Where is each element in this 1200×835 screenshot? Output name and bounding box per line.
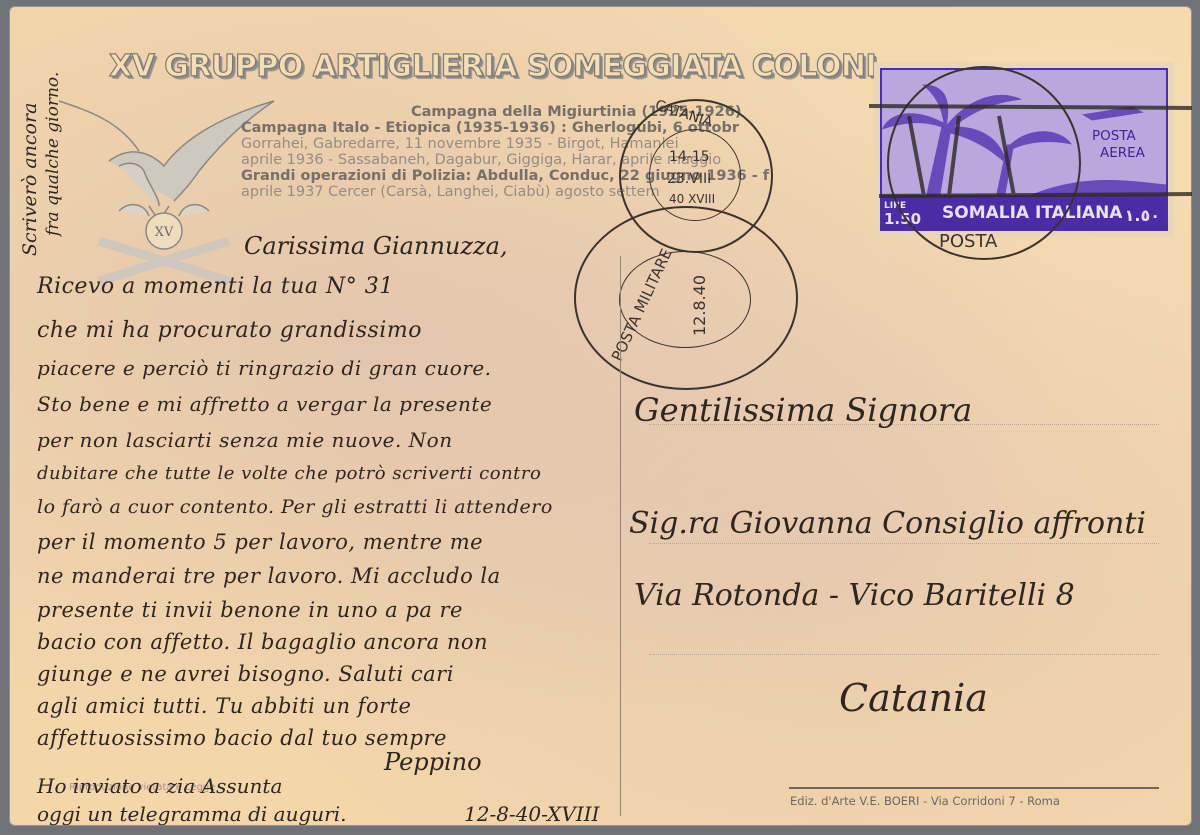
message-line: piacere e perciò ti ringrazio di gran cu… xyxy=(37,356,492,380)
side-note: fra qualche giorno. xyxy=(43,72,63,236)
message-line: giunge e ne avrei bisogno. Saluti cari xyxy=(37,662,454,686)
campaign-line: aprile 1936 - Sassabaneh, Dagabur, Giggi… xyxy=(241,152,881,168)
postscript-line: oggi un telegramma di auguri. xyxy=(37,802,346,826)
campaign-line: Gorrahei, Gabredarre, 11 novembre 1935 -… xyxy=(241,136,881,152)
address-rule xyxy=(649,654,1159,655)
cancellation-lines-icon xyxy=(869,86,1192,206)
message-line: affettuosissimo bacio dal tuo sempre xyxy=(37,726,447,750)
message-line: bacio con affetto. Il bagaglio ancora no… xyxy=(37,630,488,654)
stamp-arabic-value: ١.٥٠ xyxy=(1125,206,1160,225)
message-line: Sto bene e mi affretto a vergar la prese… xyxy=(37,392,492,416)
salutation: Carissima Giannuzza, xyxy=(244,232,508,260)
svg-text:XV: XV xyxy=(155,225,174,240)
postscript-line: Ho inviato a zia Assunta xyxy=(37,774,282,798)
message-date: 12-8-40-XVIII xyxy=(464,802,600,826)
header-title: XV GRUPPO ARTIGLIERIA SOMEGGIATA COLONI xyxy=(109,49,876,84)
campaign-line: Campagna Italo - Etiopica (1935-1936) : … xyxy=(241,120,881,136)
address-recipient: Sig.ra Giovanna Consiglio affronti xyxy=(629,506,1146,541)
campaign-line: Grandi operazioni di Polizia: Abdulla, C… xyxy=(241,168,881,184)
publisher-imprint: Ediz. d'Arte V.E. BOERI - Via Corridoni … xyxy=(790,794,1060,808)
address-city: Catania xyxy=(839,676,988,720)
side-note: Scriverò ancora xyxy=(19,103,41,256)
message-line: per il momento 5 per lavoro, mentre me xyxy=(37,530,483,554)
message-line: per non lasciarti senza mie nuove. Non xyxy=(37,428,453,452)
signature: Peppino xyxy=(384,748,482,776)
postcard: XV GRUPPO ARTIGLIERIA SOMEGGIATA COLONI … xyxy=(9,6,1192,826)
message-line: lo farò a cuor contento. Per gli estratt… xyxy=(37,496,553,518)
campaign-history: Campagna della Migiurtinia (1925-1926) C… xyxy=(241,104,881,200)
message-line: presente ti invii benone in uno a pa re xyxy=(37,598,463,622)
message-line: Ricevo a momenti la tua N° 31 xyxy=(37,274,394,299)
address-divider xyxy=(620,256,621,816)
address-street: Via Rotonda - Vico Baritelli 8 xyxy=(634,578,1075,613)
publisher-rule xyxy=(789,787,1159,789)
message-line: dubitare che tutte le volte che potrò sc… xyxy=(37,463,541,484)
message-line: ne manderai tre per lavoro. Mi accludo l… xyxy=(37,564,501,588)
address-salutation: Gentilissima Signora xyxy=(634,391,972,429)
message-line: che mi ha procurato grandissimo xyxy=(37,318,422,343)
campaign-line: aprile 1937 Cercer (Carsà, Langhei, Ciab… xyxy=(241,184,881,200)
message-line: agli amici tutti. Tu abbiti un forte xyxy=(37,694,412,718)
address-rule xyxy=(649,543,1159,544)
campaign-line: Campagna della Migiurtinia (1925-1926) xyxy=(241,104,881,120)
